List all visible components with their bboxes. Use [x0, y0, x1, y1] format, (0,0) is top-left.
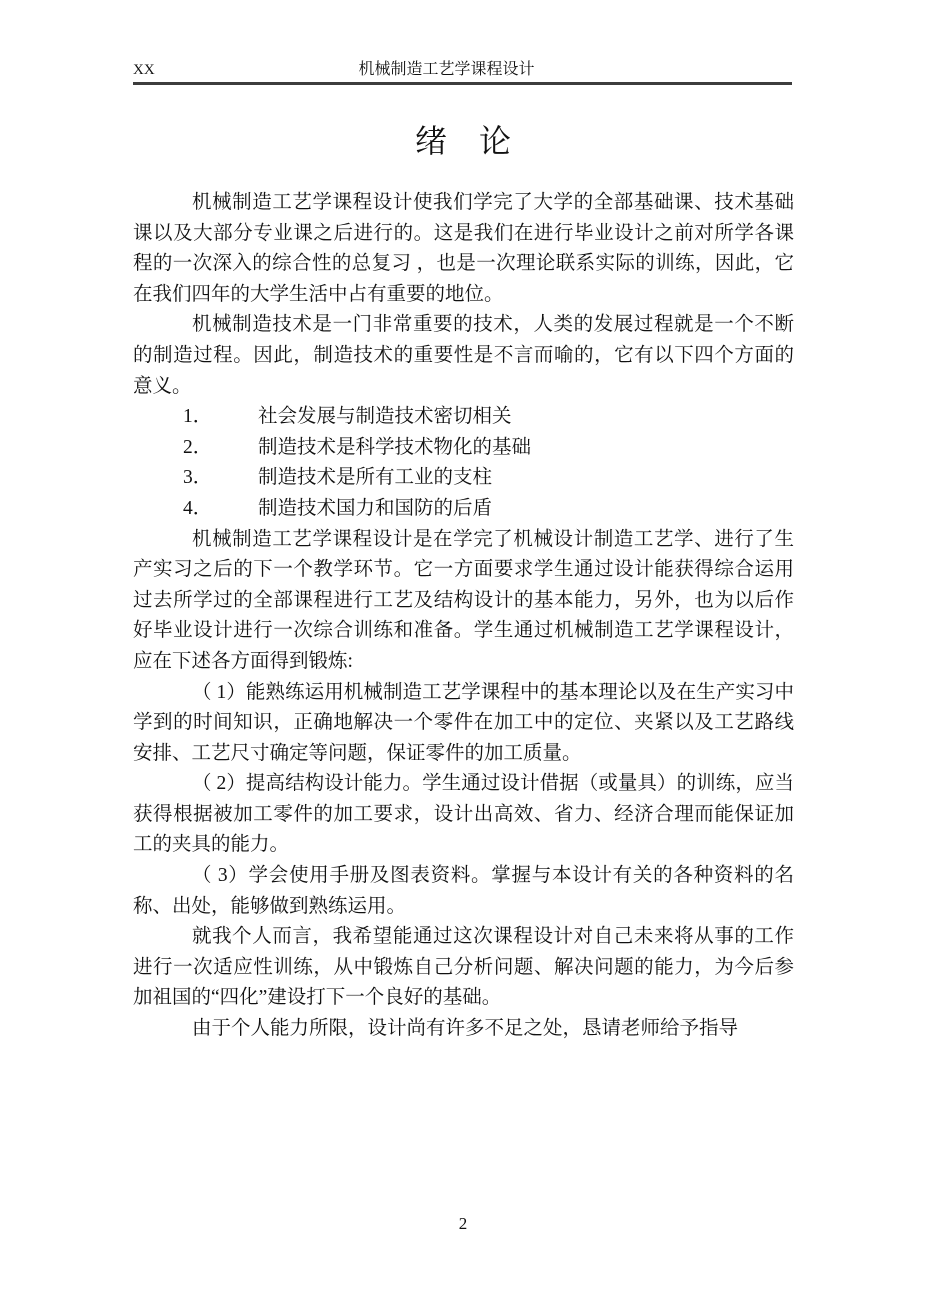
- header-left-text: XX: [133, 63, 253, 82]
- document-page: XX 机械制造工艺学课程设计 绪 论 机械制造工艺学课程设计使我们学完了大学的全…: [0, 0, 926, 1310]
- list-item-text: 制造技术是所有工业的支柱: [258, 467, 492, 488]
- paragraph: 由于个人能力所限，设计尚有许多不足之处，恳请老师给予指导: [133, 1014, 794, 1045]
- intro-paragraphs: 机械制造工艺学课程设计使我们学完了大学的全部基础课、技术基础课以及大部分专业课之…: [133, 188, 794, 402]
- significance-list: 1．社会发展与制造技术密切相关2．制造技术是科学技术物化的基础3．制造技术是所有…: [133, 402, 794, 524]
- list-item: 4．制造技术国力和国防的后盾: [133, 494, 794, 525]
- list-item-number: 1．: [183, 402, 258, 433]
- paragraph: 机械制造技术是一门非常重要的技术，人类的发展过程就是一个不断的制造过程。因此，制…: [133, 310, 794, 402]
- page-number: 2: [459, 1214, 468, 1233]
- paragraph: （ 1）能熟练运用机械制造工艺学课程中的基本理论以及在生产实习中学到的时间知识，…: [133, 678, 794, 770]
- paragraph: 机械制造工艺学课程设计是在学完了机械设计制造工艺学、进行了生产实习之后的下一个教…: [133, 525, 794, 678]
- list-item-number: 4．: [183, 494, 258, 525]
- list-item-number: 2．: [183, 433, 258, 464]
- header-document-title: 机械制造工艺学课程设计: [253, 62, 640, 82]
- paragraph: （ 3）学会使用手册及图表资料。掌握与本设计有关的各种资料的名称、出处，能够做到…: [133, 861, 794, 922]
- main-paragraphs: 机械制造工艺学课程设计是在学完了机械设计制造工艺学、进行了生产实习之后的下一个教…: [133, 525, 794, 1045]
- paragraph: （ 2）提高结构设计能力。学生通过设计借据（或量具）的训练，应当获得根据被加工零…: [133, 769, 794, 861]
- list-item-text: 制造技术国力和国防的后盾: [258, 498, 492, 519]
- list-item: 3．制造技术是所有工业的支柱: [133, 463, 794, 494]
- document-body: 机械制造工艺学课程设计使我们学完了大学的全部基础课、技术基础课以及大部分专业课之…: [133, 188, 794, 1045]
- list-item-text: 社会发展与制造技术密切相关: [258, 406, 512, 427]
- chapter-title: 绪 论: [133, 122, 793, 160]
- paragraph: 就我个人而言，我希望能通过这次课程设计对自己未来将从事的工作进行一次适应性训练，…: [133, 922, 794, 1014]
- list-item-number: 3．: [183, 463, 258, 494]
- page-footer: 2: [0, 1213, 926, 1235]
- list-item: 2．制造技术是科学技术物化的基础: [133, 433, 794, 464]
- paragraph: 机械制造工艺学课程设计使我们学完了大学的全部基础课、技术基础课以及大部分专业课之…: [133, 188, 794, 310]
- list-item: 1．社会发展与制造技术密切相关: [133, 402, 794, 433]
- page-header: XX 机械制造工艺学课程设计: [133, 56, 792, 85]
- list-item-text: 制造技术是科学技术物化的基础: [258, 437, 531, 458]
